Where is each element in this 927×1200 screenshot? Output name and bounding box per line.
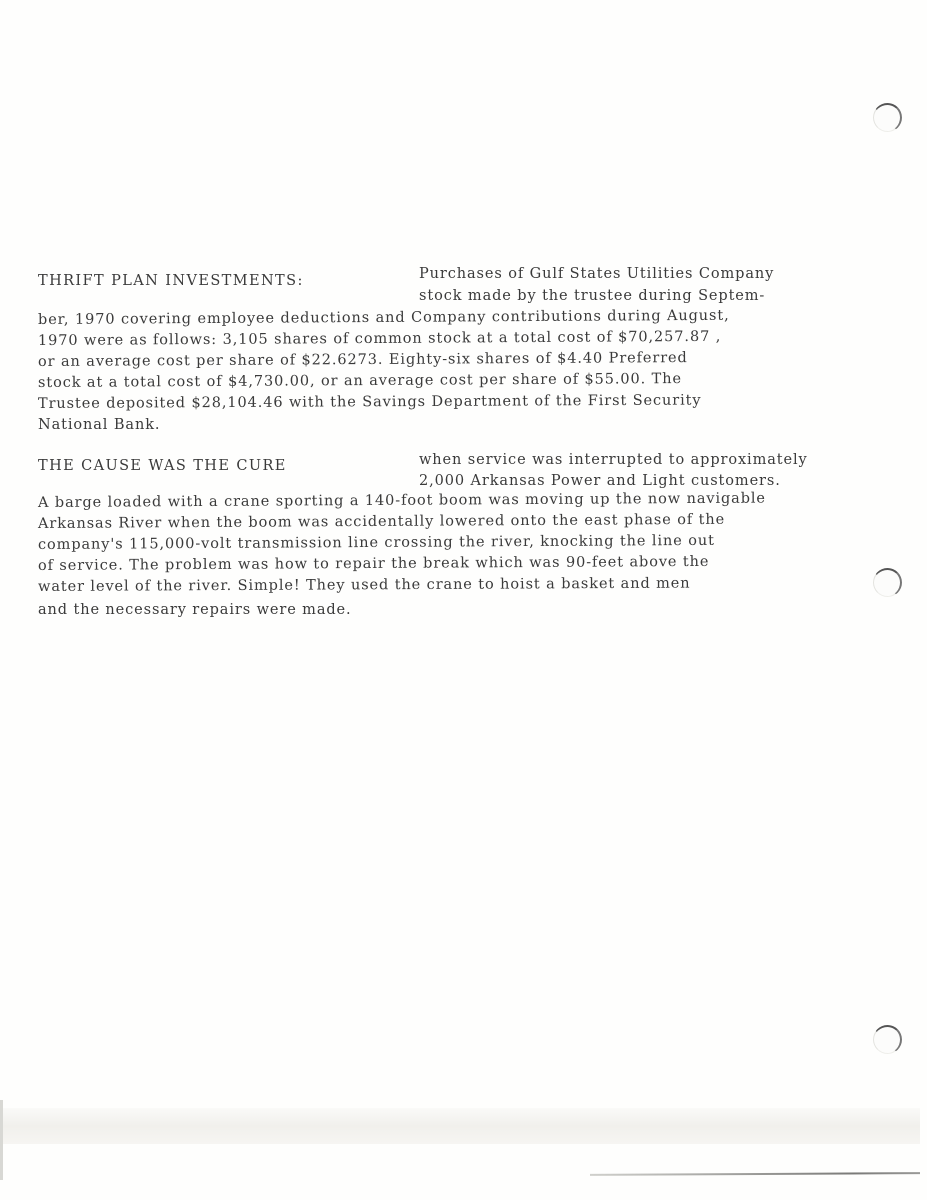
paragraph-line: or an average cost per share of $22.6273…: [38, 351, 688, 369]
paragraph-line: stock at a total cost of $4,730.00, or a…: [38, 372, 682, 390]
paragraph-line: Trustee deposited $28,104.46 with the Sa…: [38, 394, 702, 412]
scan-left-edge: [0, 1100, 3, 1180]
section-heading-thrift-plan: THRIFT PLAN INVESTMENTS:: [38, 274, 304, 289]
paragraph-line: when service was interrupted to approxim…: [419, 453, 808, 468]
paragraph-line: stock made by the trustee during Septem-: [419, 289, 765, 304]
paragraph-line: and the necessary repairs were made.: [38, 603, 352, 618]
paragraph-line: Purchases of Gulf States Utilities Compa…: [419, 267, 774, 282]
binder-hole-icon: [873, 103, 902, 132]
paragraph-line: National Bank.: [38, 418, 160, 433]
binder-hole-icon: [873, 1025, 902, 1054]
binder-hole-icon: [873, 568, 902, 597]
scan-shadow-band: [0, 1108, 920, 1144]
document-page: THRIFT PLAN INVESTMENTS: Purchases of Gu…: [0, 0, 927, 1200]
paragraph-line: Arkansas River when the boom was acciden…: [38, 513, 725, 532]
paragraph-line: A barge loaded with a crane sporting a 1…: [38, 492, 766, 511]
paragraph-line: 2,000 Arkansas Power and Light customers…: [419, 474, 781, 489]
page-bottom-edge: [590, 1172, 920, 1176]
paragraph-line: 1970 were as follows: 3,105 shares of co…: [38, 330, 721, 349]
section-heading-cause-cure: THE CAUSE WAS THE CURE: [38, 459, 287, 474]
paragraph-line: company's 115,000-volt transmission line…: [38, 534, 715, 553]
paragraph-line: water level of the river. Simple! They u…: [38, 577, 691, 595]
paragraph-line: of service. The problem was how to repai…: [38, 555, 709, 574]
paragraph-line: ber, 1970 covering employee deductions a…: [38, 309, 730, 328]
